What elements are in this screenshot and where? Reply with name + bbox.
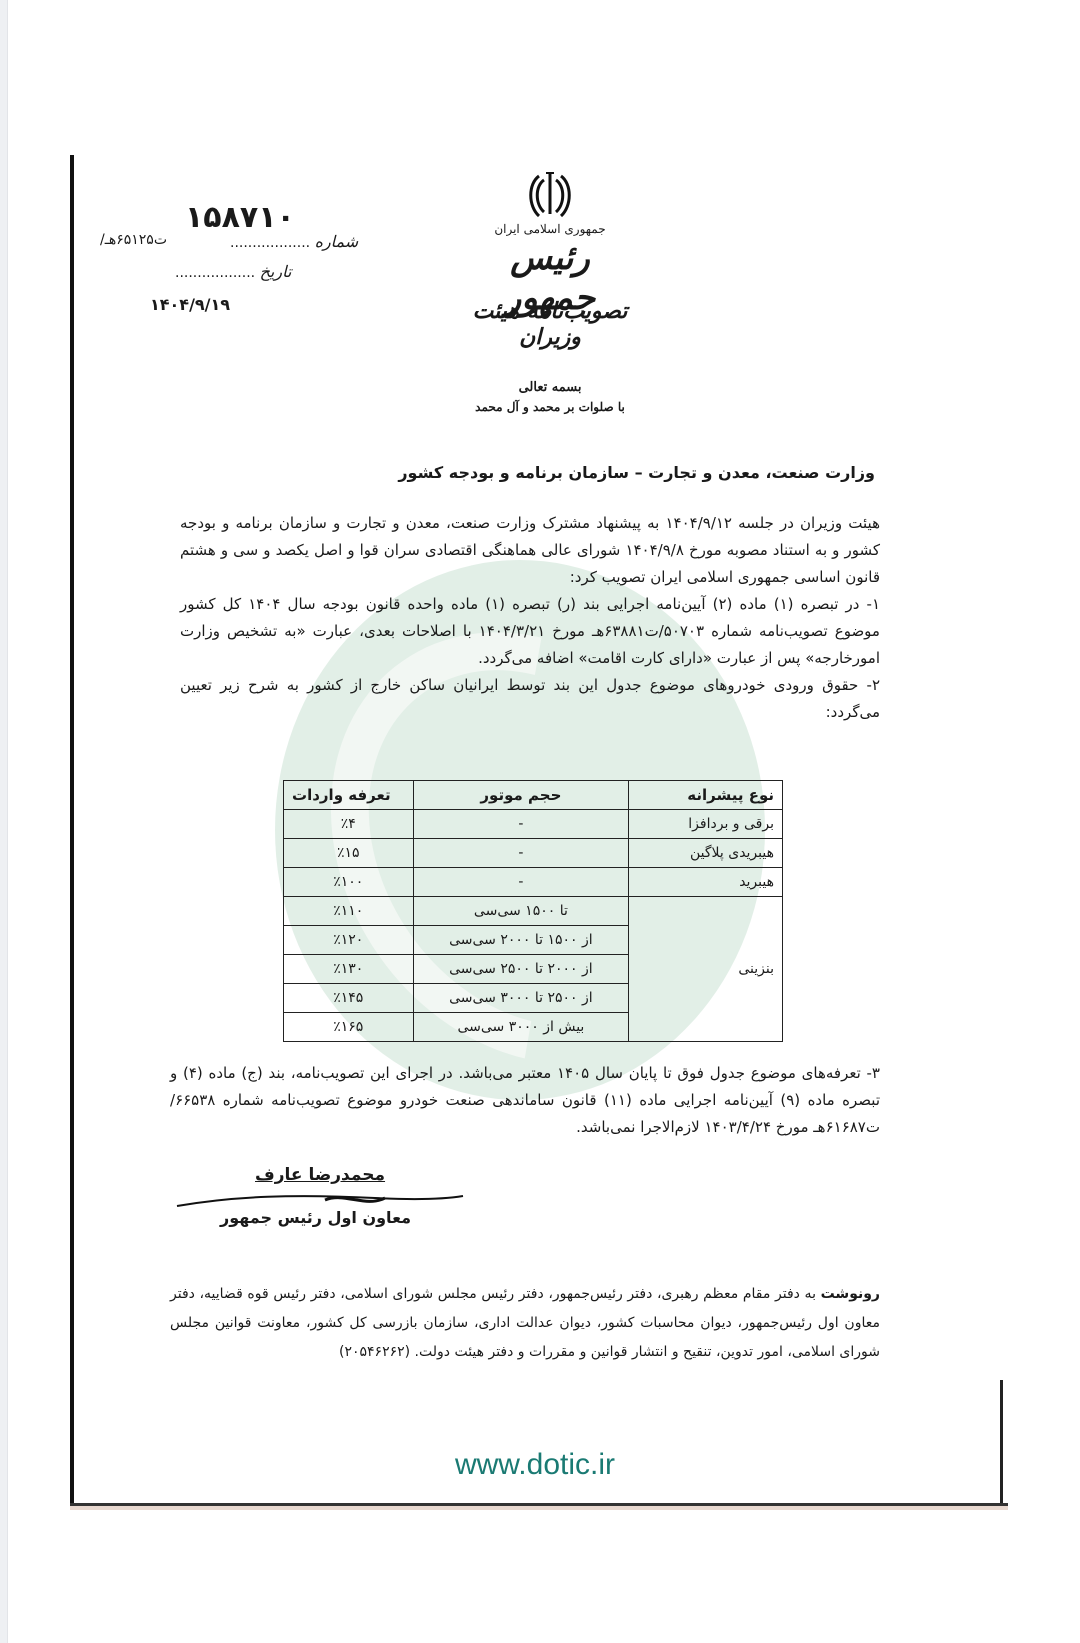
carbon-copy-recipients: به دفتر مقام معظم رهبری، دفتر رئیس‌جمهور…	[170, 1286, 880, 1360]
signatory-name: محمدرضا عارف	[255, 1165, 385, 1185]
emblem-caption: جمهوری اسلامی ایران	[490, 222, 610, 236]
preamble: هیئت وزیران در جلسه ۱۴۰۴/۹/۱۲ به پیشنهاد…	[180, 510, 880, 591]
addressee: وزارت صنعت، معدن و تجارت – سازمان برنامه…	[330, 463, 875, 482]
table-row: برقی و بردافزا - ٪۴	[284, 810, 783, 839]
signatory-title: معاون اول رئیس جمهور	[220, 1208, 411, 1227]
page-border-left	[70, 155, 74, 1505]
carbon-copy: رونوشت به دفتر مقام معظم رهبری، دفتر رئی…	[170, 1280, 880, 1367]
date-value: ۱۴۰۴/۹/۱۹	[150, 295, 230, 314]
cell-import-tariff: ٪۱۲۰	[284, 926, 414, 955]
number-label: شماره	[315, 232, 359, 251]
date-dots: ..................	[175, 265, 255, 281]
cell-engine-type: هیبرید	[629, 868, 783, 897]
website-link[interactable]: www.dotic.ir	[420, 1448, 650, 1482]
cell-engine-size: از ۱۵۰۰ تا ۲۰۰۰ سی‌سی	[413, 926, 629, 955]
cell-import-tariff: ٪۱۱۰	[284, 897, 414, 926]
signature-scribble-icon	[175, 1190, 465, 1210]
table-row: هیبریدی پلاگین - ٪۱۵	[284, 839, 783, 868]
cell-import-tariff: ٪۱۰۰	[284, 868, 414, 897]
date-label: تاریخ	[260, 262, 292, 281]
cell-engine-size: -	[413, 810, 629, 839]
invocation: بسمه تعالی	[470, 380, 630, 395]
cell-import-tariff: ٪۱۵	[284, 839, 414, 868]
table-row: بنزینی تا ۱۵۰۰ سی‌سی ٪۱۱۰	[284, 897, 783, 926]
page-border-bottom-shadow	[70, 1506, 1008, 1510]
date-field: تاریخ ..................	[175, 262, 291, 281]
cell-engine-size: بیش از ۳۰۰۰ سی‌سی	[413, 1013, 629, 1042]
clause-3: ۳- تعرفه‌های موضوع جدول فوق تا پایان سال…	[170, 1060, 880, 1141]
cell-engine-size: از ۲۰۰۰ تا ۲۵۰۰ سی‌سی	[413, 955, 629, 984]
cell-import-tariff: ٪۱۳۰	[284, 955, 414, 984]
page-border-right	[1000, 1380, 1003, 1510]
document-body: هیئت وزیران در جلسه ۱۴۰۴/۹/۱۲ به پیشنهاد…	[180, 510, 880, 726]
table-header-row: نوع پیشرانه حجم موتور تعرفه واردات	[284, 781, 783, 810]
salawat: با صلوات بر محمد و آل محمد	[440, 400, 660, 414]
document-number-stamp: ۱۵۸۷۱۰	[185, 200, 295, 235]
cell-engine-type: برقی و بردافزا	[629, 810, 783, 839]
clause-1: ۱- در تبصره (۱) ماده (۲) آیین‌نامه اجرای…	[180, 591, 880, 672]
cell-engine-type: هیبریدی پلاگین	[629, 839, 783, 868]
cell-engine-size: -	[413, 839, 629, 868]
number-value: /ت۶۵۱۲۵هـ	[100, 232, 167, 248]
table-row: هیبرید - ٪۱۰۰	[284, 868, 783, 897]
number-field: شماره ..................	[230, 232, 358, 251]
cell-import-tariff: ٪۱۴۵	[284, 984, 414, 1013]
cell-engine-size: از ۲۵۰۰ تا ۳۰۰۰ سی‌سی	[413, 984, 629, 1013]
iran-emblem-icon	[527, 170, 573, 220]
cell-engine-type-gasoline: بنزینی	[629, 897, 783, 1042]
cell-engine-size: -	[413, 868, 629, 897]
header-engine-type: نوع پیشرانه	[629, 781, 783, 810]
viewer-gutter	[0, 0, 8, 1643]
header-engine-size: حجم موتور	[413, 781, 629, 810]
cell-import-tariff: ٪۴	[284, 810, 414, 839]
cell-engine-size: تا ۱۵۰۰ سی‌سی	[413, 897, 629, 926]
carbon-copy-lead: رونوشت	[821, 1286, 880, 1302]
document-type: تصویب‌نامه هیئت وزیران	[440, 298, 660, 350]
header-import-tariff: تعرفه واردات	[284, 781, 414, 810]
tariff-table: نوع پیشرانه حجم موتور تعرفه واردات برقی …	[283, 780, 783, 1042]
clause-2: ۲- حقوق ورودی خودروهای موضوع جدول این بن…	[180, 672, 880, 726]
number-dots: ..................	[230, 235, 310, 251]
cell-import-tariff: ٪۱۶۵	[284, 1013, 414, 1042]
